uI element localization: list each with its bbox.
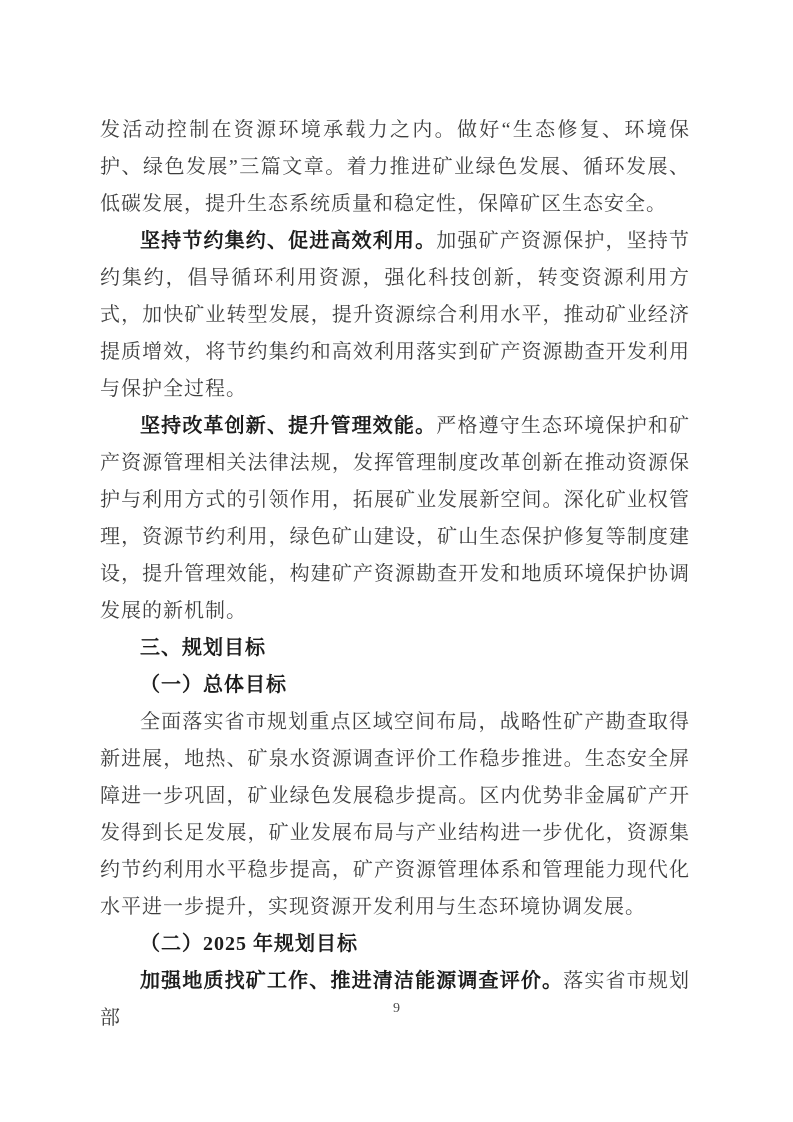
section-heading-planning-goals: 三、规划目标 — [100, 630, 690, 667]
paragraph-bold-lead: 坚持节约集约、促进高效利用。 — [140, 230, 436, 252]
paragraph-text: 全面落实省市规划重点区域空间布局，战略性矿产勘查取得新进展，地热、矿泉水资源调查… — [100, 711, 690, 918]
subsection-heading-2025-goals: （二）2025 年规划目标 — [100, 926, 690, 963]
page-number: 9 — [0, 1001, 793, 1017]
paragraph-bold-lead: 坚持改革创新、提升管理效能。 — [140, 415, 436, 437]
paragraph-text: 发活动控制在资源环境承载力之内。做好“生态修复、环境保护、绿色发展”三篇文章。着… — [100, 119, 690, 215]
subsection-heading-overall-goals: （一）总体目标 — [100, 667, 690, 704]
paragraph-text: 加强矿产资源保护，坚持节约集约，倡导循环利用资源，强化科技创新，转变资源利用方式… — [100, 230, 690, 400]
paragraph-continuation: 发活动控制在资源环境承载力之内。做好“生态修复、环境保护、绿色发展”三篇文章。着… — [100, 112, 690, 223]
document-content: 发活动控制在资源环境承载力之内。做好“生态修复、环境保护、绿色发展”三篇文章。着… — [100, 112, 690, 1037]
paragraph-bold-lead: 加强地质找矿工作、推进清洁能源调查评价。 — [140, 970, 563, 992]
document-page: 发活动控制在资源环境承载力之内。做好“生态修复、环境保护、绿色发展”三篇文章。着… — [0, 0, 793, 1122]
paragraph-saving-intensive: 坚持节约集约、促进高效利用。加强矿产资源保护，坚持节约集约，倡导循环利用资源，强… — [100, 223, 690, 408]
paragraph-text: 严格遵守生态环境保护和矿产资源管理相关法律法规，发挥管理制度改革创新在推动资源保… — [100, 415, 690, 622]
paragraph-2025-goals: 加强地质找矿工作、推进清洁能源调查评价。落实省市规划部 — [100, 963, 690, 1037]
paragraph-reform-innovation: 坚持改革创新、提升管理效能。严格遵守生态环境保护和矿产资源管理相关法律法规，发挥… — [100, 408, 690, 630]
paragraph-overall-goals: 全面落实省市规划重点区域空间布局，战略性矿产勘查取得新进展，地热、矿泉水资源调查… — [100, 704, 690, 926]
